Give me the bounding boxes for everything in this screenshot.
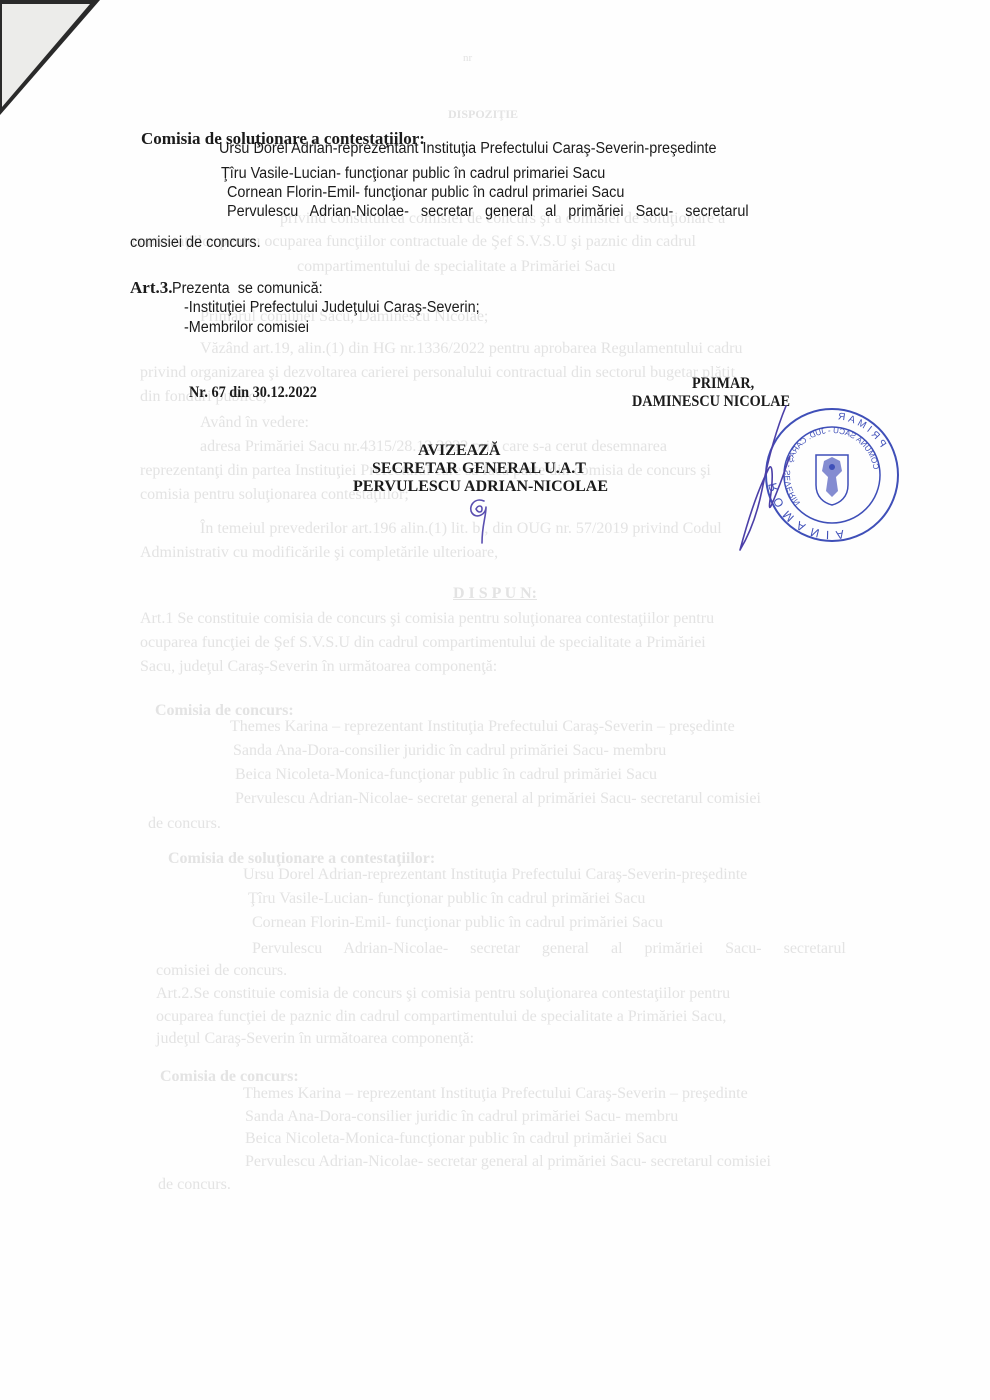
member-line: Ursu Dorel Adrian-reprezentant Instituţi…: [219, 140, 717, 158]
member-line: Pervulescu Adrian-Nicolae- secretar gene…: [227, 203, 749, 221]
ghost-line: Având în vedere:: [200, 414, 309, 432]
ghost-line: Art.2.Se constituie comisia de concurs ş…: [156, 985, 730, 1003]
mayor-title: PRIMAR,: [692, 375, 754, 393]
article-text: Prezenta se comunică:: [172, 280, 323, 298]
ghost-line: judeţul Caraş-Severin în următoarea comp…: [156, 1030, 474, 1048]
endorsement-name: PERVULESCU ADRIAN-NICOLAE: [353, 478, 608, 496]
mayor-signature-icon: [728, 400, 808, 560]
ghost-line: Themes Karina – reprezentant Instituţia …: [230, 718, 735, 736]
ghost-line: ocuparea funcţiei de paznic din cadrul c…: [156, 1008, 726, 1026]
secretary-signature-icon: [460, 495, 500, 545]
ghost-line: Cornean Florin-Emil- funcţionar public î…: [252, 914, 663, 932]
recipient-line: -Membrilor comisiei: [184, 319, 309, 337]
ghost-line: ocuparea funcţiei de Şef S.V.S.U din cad…: [140, 634, 706, 652]
ghost-dispun: D I S P U N:: [453, 585, 537, 603]
ghost-line: Pervulescu Adrian-Nicolae- secretar gene…: [245, 1153, 771, 1171]
ghost-line: Art.1 Se constituie comisia de concurs ş…: [140, 610, 714, 628]
member-line: Ţîru Vasile-Lucian- funcţionar public în…: [221, 165, 605, 183]
ghost-line: Pervulescu Adrian-Nicolae- secretar gene…: [235, 790, 761, 808]
ghost-line: de concurs.: [148, 815, 221, 833]
ghost-line: Sanda Ana-Dora-consilier juridic în cadr…: [245, 1108, 678, 1126]
ghost-line: comisiei de concurs.: [156, 962, 287, 980]
ghost-line: Pervulescu Adrian-Nicolae- secretar gene…: [252, 940, 846, 958]
ghost-line: privind organizarea şi dezvoltarea carie…: [140, 364, 735, 382]
member-line: Cornean Florin-Emil- funcţionar public î…: [227, 184, 624, 202]
ghost-line: Văzând art.19, alin.(1) din HG nr.1336/2…: [200, 340, 743, 358]
ghost-line: Ţîru Vasile-Lucian- funcţionar public în…: [248, 890, 645, 908]
recipient-line: -Instituţiei Prefectului Judeţului Caraş…: [184, 299, 480, 317]
ghost-line: compartimentului de specialitate a Primă…: [297, 258, 616, 276]
ghost-line: de concurs.: [158, 1176, 231, 1194]
ghost-line: Beica Nicoleta-Monica-funcţionar public …: [235, 766, 657, 784]
ghost-line: Ursu Dorel Adrian-reprezentant Instituţi…: [243, 866, 747, 884]
folded-corner-back: [2, 4, 90, 107]
endorsement-role: SECRETAR GENERAL U.A.T: [372, 460, 586, 478]
endorsement-title: AVIZEAZĂ: [418, 442, 500, 460]
ghost-line: Administrativ cu modificările şi complet…: [140, 544, 498, 562]
ghost-line: DISPOZIŢIE: [448, 107, 518, 122]
ghost-heading: Comisia de concurs:: [160, 1068, 299, 1086]
ghost-top-mark: nr: [463, 52, 472, 64]
article-3-line: Art.3.Prezenta se comunică:: [130, 278, 334, 298]
document-number: Nr. 67 din 30.12.2022: [189, 384, 317, 402]
ghost-line: Themes Karina – reprezentant Instituţia …: [243, 1085, 748, 1103]
article-label: Art.3.: [130, 278, 172, 297]
ghost-line: Sanda Ana-Dora-consilier juridic în cadr…: [233, 742, 666, 760]
document-page: nr DISPOZIŢIE privind constituirea comis…: [0, 0, 990, 1400]
ghost-line: Sacu, judeţul Caraş-Severin în următoare…: [140, 658, 497, 676]
continuation-line: comisiei de concurs.: [130, 234, 261, 252]
ghost-line: Beica Nicoleta-Monica-funcţionar public …: [245, 1130, 667, 1148]
